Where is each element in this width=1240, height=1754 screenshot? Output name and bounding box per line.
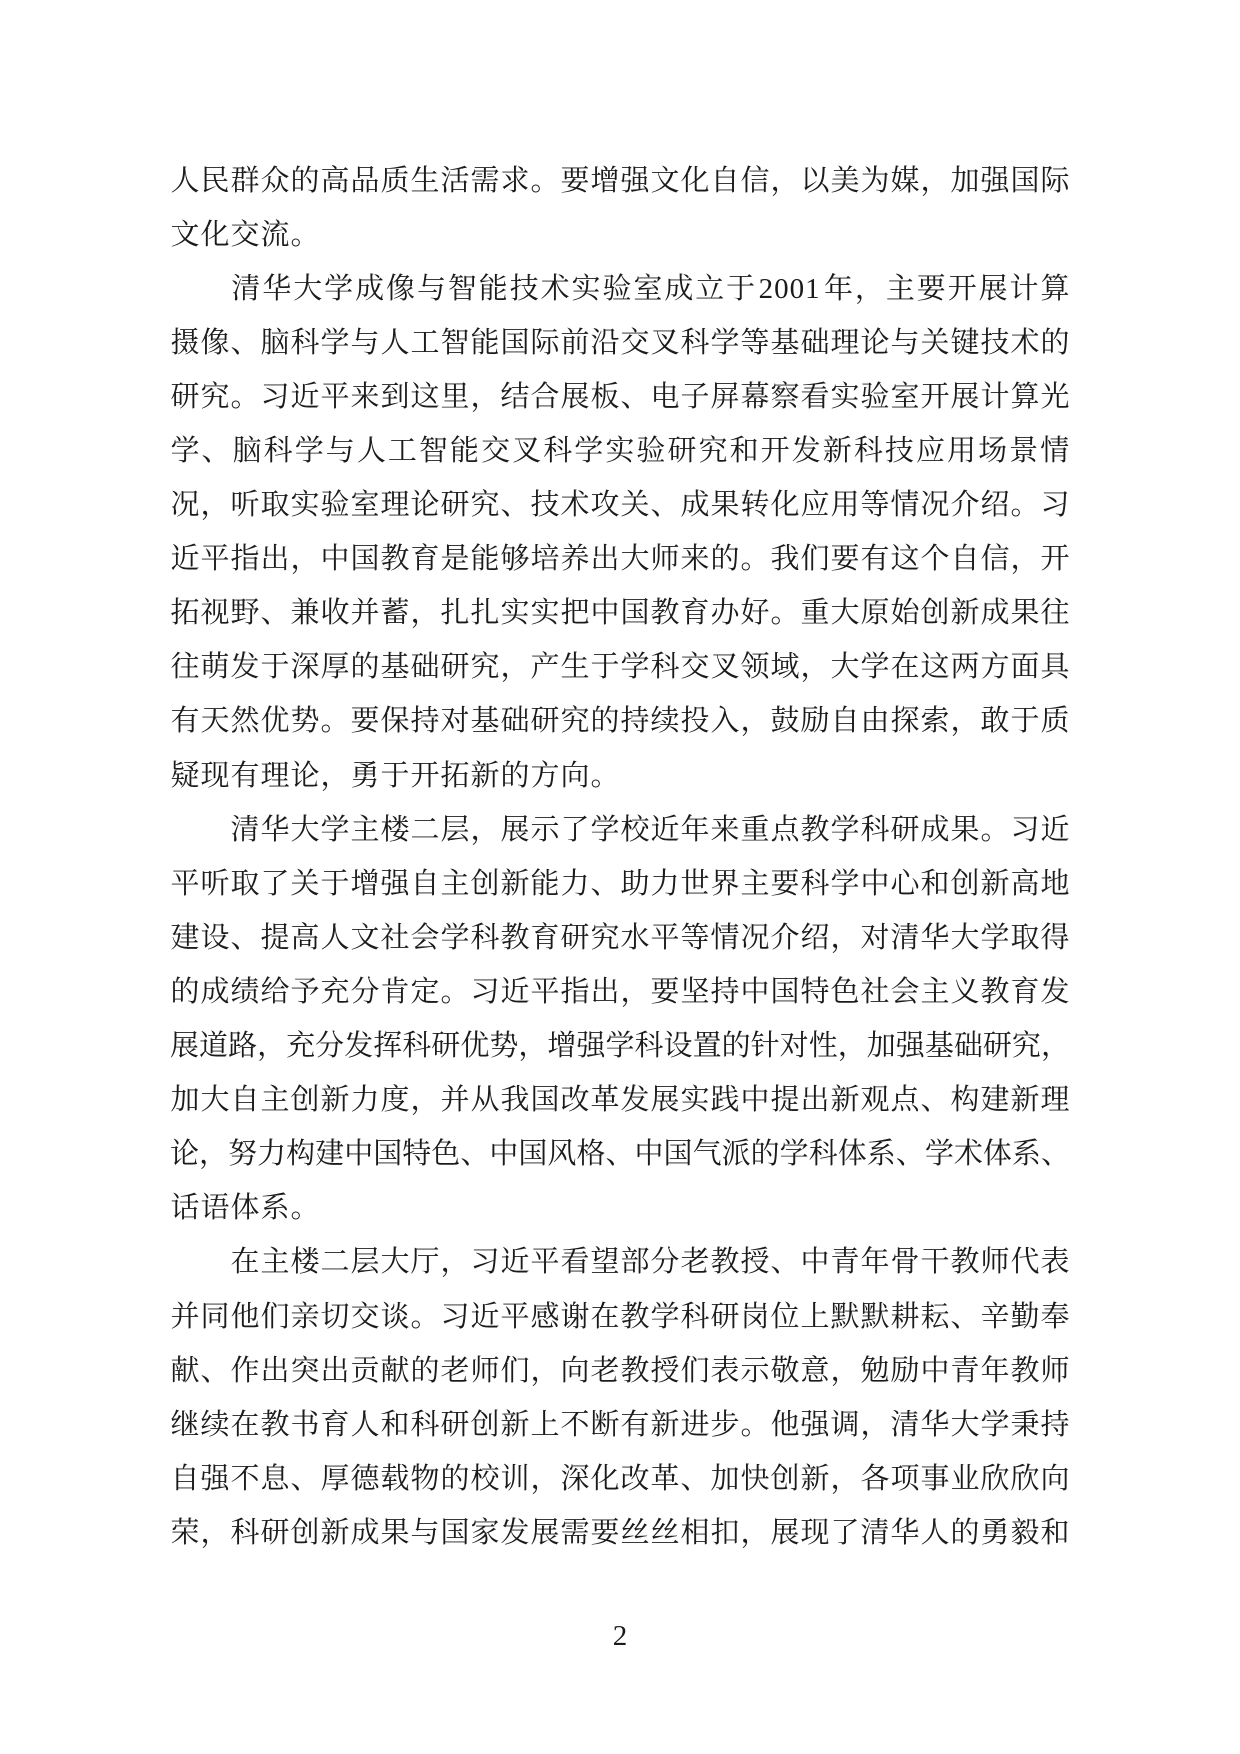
cjk-char: ， [530,1465,560,1494]
cjk-char: 加 [867,1032,896,1061]
cjk-char: 德 [350,1465,380,1494]
cjk-char: 拓 [440,762,470,791]
cjk-char: 学 [925,1140,954,1169]
cjk-char: 新 [800,1465,830,1494]
cjk-char: 叉 [650,329,680,358]
cjk-char: 新 [980,870,1010,899]
cjk-char: 技 [509,275,539,304]
cjk-char: 步 [710,1411,740,1440]
cjk-char: 厚 [320,1465,350,1494]
cjk-char: 了 [830,1519,860,1548]
cjk-char: 野 [230,599,260,628]
text-line: 荣，科研创新成果与国家发展需要丝丝相扣，展现了清华人的勇毅和 [170,1506,1070,1560]
cjk-char: 对 [440,707,470,736]
cjk-char: 开 [947,275,977,304]
text-line: 往萌发于深厚的基础研究，产生于学科交叉领域，大学在这两方面具 [170,641,1070,695]
cjk-char: 切 [320,1303,350,1332]
cjk-char: 中 [320,545,350,574]
cjk-char: 办 [710,599,740,628]
cjk-char: 绍 [980,491,1010,520]
cjk-char: 求 [500,167,530,196]
cjk-char: 部 [620,1248,650,1277]
cjk-char: 师 [470,1357,500,1386]
cjk-char: 交 [620,329,650,358]
cjk-char: 断 [590,1411,620,1440]
cjk-char: 科 [650,653,680,682]
cjk-char: 新 [500,870,530,899]
cjk-char: 这 [890,545,920,574]
cjk-char: 心 [890,870,920,899]
cjk-char: 突 [290,1357,320,1386]
cjk-char: 人 [320,924,350,953]
cjk-char: 系 [260,1194,290,1223]
cjk-char: 、 [896,1140,925,1169]
cjk-char: 续 [650,707,680,736]
cjk-char: 现 [800,1519,830,1548]
cjk-char: 叉 [512,437,542,466]
cjk-char: 转 [740,491,770,520]
cjk-char: 、 [460,1140,489,1169]
cjk-char: 谢 [560,1303,590,1332]
cjk-char: 他 [770,1411,800,1440]
cjk-char: 中 [800,1248,830,1277]
cjk-char: 训 [500,1465,530,1494]
cjk-char: 究 [1012,1032,1041,1061]
cjk-char: 持 [710,978,740,1007]
cjk-char: 出 [800,1086,830,1115]
cjk-char: 了 [260,870,290,899]
cjk-char: 工 [387,437,417,466]
cjk-char: 于 [1010,707,1040,736]
cjk-char: 教 [500,924,530,953]
cjk-char: 、 [260,599,290,628]
cjk-char: 近 [470,1303,500,1332]
cjk-char: 美 [830,167,860,196]
cjk-char: 培 [530,545,560,574]
cjk-char: 科 [680,329,710,358]
cjk-char: 等 [740,329,770,358]
cjk-char: 分 [350,978,380,1007]
cjk-char: 大 [830,653,860,682]
cjk-char: 系 [867,1140,896,1169]
cjk-char: 和 [920,870,950,899]
cjk-char: 学 [710,329,740,358]
cjk-char: 取 [1010,924,1040,953]
cjk-char: 学 [605,1032,634,1061]
cjk-char: 指 [230,545,260,574]
cjk-char: 深 [560,1465,590,1494]
cjk-char: 重 [800,599,830,628]
cjk-char: 研 [530,707,560,736]
cjk-char: 力 [257,1140,286,1169]
cjk-char: 学 [980,924,1010,953]
cjk-char: 与 [325,437,355,466]
cjk-char: 鼓 [770,707,800,736]
cjk-char: 研 [983,1032,1012,1061]
cjk-char: 强 [980,167,1010,196]
cjk-char: 育 [1010,978,1040,1007]
cjk-char: 在 [890,653,920,682]
cjk-char: 等 [860,491,890,520]
cjk-char: 力 [650,870,680,899]
cjk-char: 理 [380,491,410,520]
cjk-char: 各 [860,1465,890,1494]
cjk-char: 科 [680,1303,710,1332]
cjk-char: 构 [950,1086,980,1115]
cjk-char: 况 [740,924,770,953]
cjk-char: 重 [740,816,770,845]
cjk-char: 向 [1040,1465,1070,1494]
cjk-char: 谈 [380,1303,410,1332]
cjk-char: 老 [590,1357,620,1386]
cjk-char: 。 [740,1411,770,1440]
cjk-char: 合 [530,383,560,412]
cjk-char: 与 [890,329,920,358]
cjk-char: 出 [590,545,620,574]
cjk-char: 民 [200,167,230,196]
cjk-char: 果 [710,491,740,520]
cjk-char: 关 [920,329,950,358]
cjk-char: 予 [290,978,320,1007]
cjk-char: 励 [890,1357,920,1386]
cjk-char: ， [740,707,770,736]
cjk-char: 向 [560,762,590,791]
cjk-char: ， [770,167,800,196]
cjk-char: 果 [950,816,980,845]
cjk-char: 色 [431,1140,460,1169]
text-line: 清华大学主楼二层，展示了学校近年来重点教学科研成果。习近 [170,803,1070,857]
text-line: 况，听取实验室理论研究、技术攻关、成果转化应用等情况介绍。习 [170,479,1070,533]
cjk-char: 厚 [320,653,350,682]
cjk-char: 深 [290,653,320,682]
cjk-char: 研 [560,924,590,953]
cjk-char: 究 [200,383,230,412]
cjk-char: 勉 [860,1357,890,1386]
cjk-char: 化 [680,167,710,196]
cjk-char: 成 [920,816,950,845]
cjk-char: 位 [770,1303,800,1332]
cjk-char: 定 [410,978,440,1007]
cjk-char: 开 [1040,545,1070,574]
cjk-char: 物 [410,1465,440,1494]
cjk-char: 、 [590,870,620,899]
cjk-char: 索 [920,707,950,736]
cjk-char: 绩 [230,978,260,1007]
cjk-char: 向 [560,1357,590,1386]
cjk-char: 加 [710,1465,740,1494]
cjk-char: 自 [950,545,980,574]
cjk-char: 科 [800,870,830,899]
cjk-char: ， [838,1032,867,1061]
cjk-char: 计 [1009,275,1039,304]
cjk-char: 贡 [350,1357,380,1386]
cjk-char: ， [410,599,440,628]
cjk-char: 建 [315,1140,344,1169]
cjk-char: 清 [890,1411,920,1440]
cjk-char: 勇 [350,762,380,791]
cjk-char: 攻 [590,491,620,520]
cjk-char: 学 [830,816,860,845]
cjk-char: 层 [350,1248,380,1277]
cjk-char: 平 [500,1303,530,1332]
cjk-char: 望 [590,1248,620,1277]
cjk-char: 色 [830,978,860,1007]
cjk-char: 。 [410,1303,440,1332]
cjk-char: 于 [260,653,290,682]
cjk-char: 续 [200,1411,230,1440]
cjk-char: 育 [320,1411,350,1440]
cjk-char: 华 [260,816,290,845]
cjk-char: 、 [500,491,530,520]
cjk-char: 相 [680,1519,710,1548]
cjk-char: 结 [500,383,530,412]
cjk-char: 充 [320,978,350,1007]
cjk-char: 研 [710,1303,740,1332]
cjk-char: 文 [170,221,200,250]
cjk-char: 理 [1040,1086,1070,1115]
cjk-char: 改 [620,1465,650,1494]
cjk-char: 听 [200,870,230,899]
cjk-char: 能 [470,329,500,358]
cjk-char: 并 [440,1086,470,1115]
cjk-char: 介 [950,491,980,520]
cjk-char: 新 [950,599,980,628]
cjk-char: 习 [1040,491,1070,520]
cjk-char: 研 [440,491,470,520]
cjk-char: 的 [290,167,320,196]
cjk-char: 展 [560,383,590,412]
cjk-char: 进 [680,1411,710,1440]
cjk-char: 授 [650,1357,680,1386]
document-page: 人民群众的高品质生活需求。要增强文化自信，以美为媒，加强国际文化交流。清华大学成… [0,0,1240,1754]
cjk-char: 大 [290,816,320,845]
cjk-char: 天 [200,707,230,736]
cjk-char: 学 [440,924,470,953]
cjk-char: 大 [293,275,323,304]
cjk-char: 感 [530,1303,560,1332]
cjk-char: 华 [920,924,950,953]
cjk-char: 前 [560,329,590,358]
cjk-char: 究 [560,707,590,736]
cjk-char: 学 [574,437,604,466]
cjk-char: 够 [500,545,530,574]
cjk-char: 主 [260,1086,290,1115]
cjk-char: 上 [800,1303,830,1332]
cjk-char: ， [290,545,320,574]
cjk-char: 开 [920,383,950,412]
cjk-char: 在 [590,1303,620,1332]
cjk-char: 蓄 [380,599,410,628]
cjk-char: 坚 [680,978,710,1007]
text-line: 摄像、脑科学与人工智能国际前沿交叉科学等基础理论与关键技术的 [170,316,1070,370]
cjk-char: 。 [1010,491,1040,520]
cjk-char: 主 [920,978,950,1007]
cjk-char: ， [860,1411,890,1440]
cjk-char: 情 [710,924,740,953]
cjk-char: 创 [290,1519,320,1548]
cjk-char: 点 [890,1086,920,1115]
cjk-char: 化 [770,491,800,520]
cjk-char: 大 [380,1248,410,1277]
cjk-char: 革 [650,1465,680,1494]
cjk-char: 智 [419,437,449,466]
cjk-char: 面 [1010,653,1040,682]
cjk-char: 社 [860,978,890,1007]
cjk-char: 这 [410,383,440,412]
cjk-char: 近 [170,545,200,574]
cjk-char: 近 [1040,816,1070,845]
cjk-char: 厅 [410,1248,440,1277]
cjk-char: 我 [770,545,800,574]
cjk-char: 国 [440,1519,470,1548]
cjk-char: 像 [200,329,230,358]
cjk-char: 科 [853,437,883,466]
cjk-char: 的 [590,707,620,736]
cjk-char: 创 [770,1465,800,1494]
cjk-char: 算 [1040,275,1070,304]
cjk-char: 强 [200,1465,230,1494]
cjk-char: 层 [440,816,470,845]
text-line: 学、脑科学与人工智能交叉科学实验研究和开发新科技应用场景情 [170,424,1070,478]
cjk-char: ， [1010,545,1040,574]
cjk-char: 大 [620,545,650,574]
cjk-char: 实 [571,275,601,304]
cjk-char: 教 [980,978,1010,1007]
cjk-char: 研 [890,816,920,845]
cjk-char: 学 [980,1411,1010,1440]
cjk-char: 近 [500,978,530,1007]
cjk-char: 习 [470,1248,500,1277]
cjk-char: 科 [263,437,293,466]
cjk-char: 子 [680,383,710,412]
cjk-char: 近 [500,1248,530,1277]
cjk-char: 研 [431,1032,460,1061]
cjk-char: 的 [751,1140,780,1169]
cjk-char: 究 [698,437,728,466]
cjk-char: 具 [1040,653,1070,682]
cjk-char: 主 [740,870,770,899]
cjk-char: 奉 [1040,1303,1070,1332]
cjk-char: 他 [230,1303,260,1332]
cjk-char: 论 [860,329,890,358]
cjk-char: ， [518,1032,547,1061]
cjk-char: 师 [1040,1357,1070,1386]
cjk-char: 究 [470,491,500,520]
cjk-char: 强 [800,1411,830,1440]
cjk-char: 教 [380,545,410,574]
cjk-char: 方 [980,653,1010,682]
cjk-char: 国 [373,1140,402,1169]
cjk-char: 毅 [1010,1519,1040,1548]
cjk-char: 人 [350,1411,380,1440]
cjk-char: 出 [260,1357,290,1386]
cjk-char: 在 [230,1411,260,1440]
cjk-char: 视 [200,599,230,628]
cjk-char: 得 [1040,924,1070,953]
text-line: 在主楼二层大厅，习近平看望部分老教授、中青年骨干教师代表 [170,1236,1070,1290]
cjk-char: 、 [1041,1140,1070,1169]
cjk-char: ， [200,491,230,520]
cjk-char: 、 [201,437,231,466]
cjk-char: 给 [260,978,290,1007]
cjk-char: 研 [667,437,697,466]
cjk-char: 能 [470,545,500,574]
cjk-char: 方 [530,762,560,791]
cjk-char: 要 [590,1519,620,1548]
cjk-char: ， [199,1140,228,1169]
cjk-char: 水 [620,924,650,953]
cjk-char: 能 [530,870,560,899]
cjk-char: 域 [770,653,800,682]
cjk-char: 基 [470,707,500,736]
cjk-char: ， [740,1519,770,1548]
cjk-char: 学 [320,329,350,358]
cjk-char: 论 [170,1140,199,1169]
cjk-char: 平 [200,545,230,574]
cjk-char: 点 [770,816,800,845]
cjk-char: 师 [980,1248,1010,1277]
cjk-char: 语 [200,1194,230,1223]
cjk-char: ， [830,1465,860,1494]
cjk-char: 人 [356,437,386,466]
cjk-char: 人 [380,329,410,358]
cjk-char: 亲 [290,1303,320,1332]
cjk-char: 与 [416,275,446,304]
cjk-char: 清 [860,1519,890,1548]
text-line: 建设、提高人文社会学科教育研究水平等情况介绍，对清华大学取得 [170,911,1070,965]
text-line: 人民群众的高品质生活需求。要增强文化自信，以美为媒，加强国际 [170,154,1070,208]
cjk-char: 好 [740,599,770,628]
cjk-char: 要 [560,167,590,196]
cjk-char: 于 [320,870,350,899]
cjk-char: 发 [620,1086,650,1115]
cjk-char: 。 [290,221,320,250]
cjk-char: 针 [751,1032,780,1061]
cjk-char: 主 [885,275,915,304]
cjk-char: 果 [1010,599,1040,628]
cjk-char: 科 [290,329,320,358]
cjk-char: 景 [1009,437,1039,466]
cjk-char: 教 [950,1248,980,1277]
cjk-char: 主 [440,870,470,899]
cjk-char: 建 [170,924,200,953]
cjk-char: 默 [860,1303,890,1332]
cjk-char: 验 [602,275,632,304]
cjk-char: 新 [470,762,500,791]
cjk-char: 度 [380,1086,410,1115]
cjk-char: 耕 [890,1303,920,1332]
cjk-char: 领 [740,653,770,682]
cjk-char: 社 [380,924,410,953]
cjk-char: 能 [478,275,508,304]
cjk-char: 、 [605,1140,634,1169]
cjk-char: 创 [470,1411,500,1440]
cjk-char: 置 [693,1032,722,1061]
cjk-char: 新 [1010,1086,1040,1115]
cjk-char: 国 [620,599,650,628]
cjk-char: 品 [350,167,380,196]
cjk-char: 和 [380,1411,410,1440]
cjk-char: 大 [200,1086,230,1115]
cjk-char: 师 [650,545,680,574]
cjk-char: 话 [170,1194,200,1223]
cjk-char: 拓 [170,599,200,628]
cjk-char: 于 [380,762,410,791]
cjk-char: 等 [680,924,710,953]
cjk-char: 提 [770,1086,800,1115]
cjk-char: 保 [380,707,410,736]
cjk-char: 人 [170,167,200,196]
